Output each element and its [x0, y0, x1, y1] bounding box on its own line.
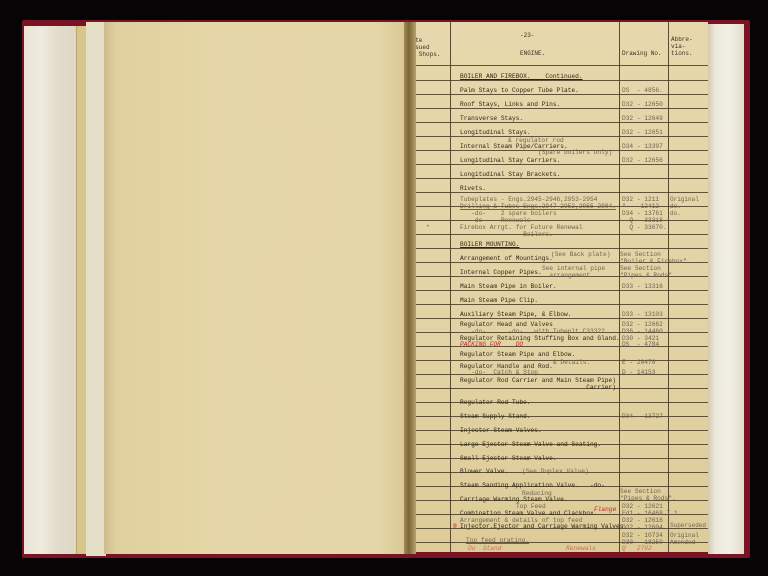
entry-drawing-no: DS - 4784 — [622, 341, 659, 348]
entry-text: Firebox Arrgt. for Future Renewal Boiler… — [460, 224, 583, 238]
entry-abbreviation: Superseded — [670, 522, 706, 529]
row-rule — [408, 248, 708, 249]
entry-text: Carriage Warming Steam Valve. — [460, 496, 568, 503]
entry-text: Injector Steam Valves. — [460, 427, 542, 434]
entry-text: Top feed grating. — [466, 537, 529, 544]
entry-drawing-no: D32 - 12656 — [622, 157, 663, 164]
entry-text: Injector,Ejector and Carriage Warming Va… — [460, 523, 627, 530]
entry-text: Regulator Rod Carrier and Main Steam Pip… — [460, 377, 620, 391]
entry-note: (See Duplex Valve) — [522, 468, 589, 475]
entry-text: Longitudinal Stay Brackets. — [460, 171, 560, 178]
entry-drawing-no: D32 - 12651 — [622, 129, 663, 136]
row-rule — [408, 65, 708, 66]
row-rule — [408, 346, 708, 347]
header-engine: ENGINE. — [520, 50, 545, 57]
entry-text: Regulator Head and Valves — [460, 321, 553, 328]
entry-text: -do- 2 spare boilers — [460, 210, 557, 217]
row-rule — [408, 164, 708, 165]
row-rule — [408, 192, 708, 193]
entry-text: Main Steam Pipe Clip. — [460, 297, 538, 304]
left-page-edge-2 — [86, 22, 106, 556]
handwritten-packing-note: PACKING FOR DO — [460, 341, 523, 348]
entry-text: Combination Steam Valve and Clackbox. — [460, 510, 597, 517]
entry-abbreviation: Original — [670, 196, 699, 203]
entry-drawing-no: Q - 33670. — [622, 224, 667, 231]
entry-text: Auxiliary Steam Pipe, & Elbow. — [460, 311, 571, 318]
entry-text: Main Steam Pipe in Boiler. — [460, 283, 557, 290]
entry-drawing-no: D - 14153 — [622, 369, 655, 376]
handwritten-annotation: Flange — [594, 506, 616, 513]
header-drawing-no: Drawing No. — [622, 50, 662, 57]
row-rule — [408, 542, 708, 543]
entry-abbreviation: do. — [670, 203, 681, 210]
entry-text: Longitudinal Stays. — [460, 129, 531, 136]
entry-drawing-no: D32 - 12621 — [622, 503, 663, 510]
entry-text: Drilling & Tubes Engs.2947-2952,2955-298… — [460, 203, 616, 210]
entry-drawing-no: E - 20478 — [622, 359, 655, 366]
entry-abbreviation: Original — [670, 532, 699, 539]
header-abbreviations: Abbre- via- tions. — [671, 36, 693, 57]
row-rule — [408, 430, 708, 431]
entry-drawing-no: D34 - 13397 — [622, 143, 663, 150]
entry-drawing-no: Q - 33318 — [622, 217, 663, 224]
entry-drawing-no: D32 - 12662 — [622, 321, 663, 328]
handwritten-note: Renewals — [566, 545, 596, 552]
entry-drawing-no: D34 - 13727 — [622, 413, 663, 420]
entry-drawing-no: D32 - 12604 — [622, 524, 663, 531]
right-page-edges — [708, 24, 744, 554]
entry-drawing-no: D32 - 12616 — [622, 517, 663, 524]
entry-text: Longitudinal Stay Carriers. — [460, 157, 560, 164]
entry-note: (See Back plate) — [551, 251, 610, 258]
section-heading-boiler-firebox: BOILER AND FIREBOX. Continued. — [460, 73, 583, 80]
entry-text: Regulator Steam Pipe and Elbow. — [460, 351, 575, 358]
section-heading-boiler-mounting: BOILER MOUNTING. — [460, 241, 519, 248]
row-rule — [408, 94, 708, 95]
entry-drawing-no: D32 - 12649 — [622, 115, 663, 122]
entry-drawing-no: D32 - 1211 — [622, 196, 659, 203]
entry-text: Regulator Rod Tube. — [460, 399, 531, 406]
entry-text: Steam Sanding Application Valve. -do- — [460, 482, 605, 489]
row-rule — [408, 80, 708, 81]
entry-drawing-no: D33 - 13316 — [622, 283, 663, 290]
row-rule — [408, 290, 708, 291]
row-rule — [408, 402, 708, 403]
row-rule — [408, 458, 708, 459]
entry-drawing-no: D32 - 10734 — [622, 532, 663, 539]
row-rule — [408, 318, 708, 319]
entry-text: Small Ejector Steam Valve. — [460, 455, 557, 462]
row-rule — [408, 374, 708, 375]
entry-drawing-no: D33 - 13103 — [622, 311, 663, 318]
date-mark: ® — [453, 523, 457, 530]
entry-text: -do- -do- with Tubeplt C33322 — [460, 328, 605, 335]
row-rule — [408, 108, 708, 109]
handwritten-note: Do Stand — [468, 545, 501, 552]
entry-drawing-no: Ed1 - 16468 T.1. — [622, 510, 681, 517]
entry-text: Roof Stays, Links and Pins. — [460, 101, 560, 108]
entry-text: Steam Supply Stand. — [460, 413, 531, 420]
entry-drawing-no: D34 - 13761 — [622, 210, 663, 217]
book-gutter — [404, 22, 416, 554]
entry-drawing-no: " - 12412 — [622, 203, 659, 210]
entry-note: & Details. — [553, 359, 590, 366]
right-page-ledger: Date Issued to Shops. -23- ENGINE. Drawi… — [408, 22, 708, 552]
entry-drawing-no: D36 - 14460 — [622, 328, 663, 335]
entry-drawing-no: See Section "Pipes & Rods". — [620, 488, 676, 502]
entry-text: Rivets. — [460, 185, 486, 192]
entry-text: -do- Renewals — [460, 217, 531, 224]
entry-drawing-no: See Section "Boiler & Firebox". — [620, 251, 691, 265]
page-number: -23- — [520, 32, 534, 39]
entry-abbreviation: Amended — [670, 539, 695, 546]
entry-text: Transverse Stays. — [460, 115, 523, 122]
entry-text: -do- Catch & Stop — [460, 369, 538, 376]
entry-abbreviation: do. — [670, 210, 681, 217]
row-rule — [408, 220, 708, 221]
entry-drawing-no: D32 - 12650 — [622, 101, 663, 108]
left-page-edges — [24, 26, 80, 554]
entry-text: Internal Copper Pipes. — [460, 269, 542, 276]
entry-text: Large Ejector Steam Valve and Seating. — [460, 441, 601, 448]
entry-drawing-no: See Section "Pipes & Rods". — [620, 265, 676, 279]
row-rule — [408, 122, 708, 123]
entry-text: Blower Valve. — [460, 468, 508, 475]
entry-drawing-no: DS - 4856. — [622, 87, 663, 94]
date-mark: * — [426, 224, 430, 231]
entry-text: Palm Stays to Copper Tube Plate. — [460, 87, 579, 94]
handwritten-note: Q 2782 — [622, 545, 652, 552]
entry-annotation: (Spare boilers only) — [538, 149, 612, 156]
entry-text: Arrangement of Mountings. — [460, 255, 553, 262]
entry-annotation: Top Feed — [516, 503, 546, 510]
entry-text: Tubeplates - Engs.2945-2946,2953-2954 — [460, 196, 597, 203]
row-rule — [408, 304, 708, 305]
row-rule — [408, 416, 708, 417]
entry-note: See internal pipe arrangement. — [542, 265, 605, 279]
row-rule — [408, 178, 708, 179]
left-page-blank — [104, 22, 406, 554]
